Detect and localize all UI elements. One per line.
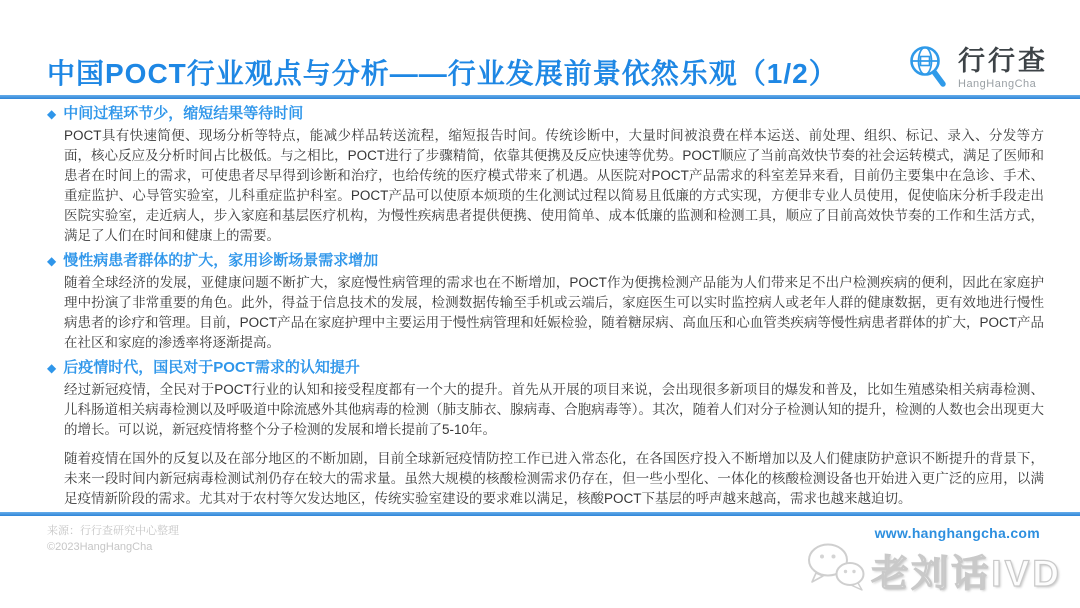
page-title: 中国POCT行业观点与分析——行业发展前景依然乐观（1/2） [47,42,838,92]
content: ◆ 中间过程环节少，缩短结果等待时间 POCT具有快速简便、现场分析等特点，能减… [47,100,1044,509]
header-divider [0,95,1080,99]
diamond-bullet-icon: ◆ [47,362,56,374]
website-link[interactable]: www.hanghangcha.com [875,525,1040,541]
slide: 中国POCT行业观点与分析——行业发展前景依然乐观（1/2） 行行查 HangH… [0,0,1080,608]
section-heading: ◆ 中间过程环节少，缩短结果等待时间 [47,106,1044,122]
diamond-bullet-icon: ◆ [47,255,56,267]
footer-divider [0,512,1080,516]
section-paragraph: 随着疫情在国外的反复以及在部分地区的不断加剧，目前全球新冠疫情防控工作已进入常态… [64,449,1044,509]
watermark-text: 老刘话IVD [871,543,1062,597]
magnifier-globe-icon [905,42,953,95]
footer-source-block: 来源：行行查研究中心整理 ©2023HangHangCha [47,523,179,555]
section-paragraph: POCT具有快速简便、现场分析等特点，能减少样品转送流程，缩短报告时间。传统诊断… [64,126,1044,246]
section-process: ◆ 中间过程环节少，缩短结果等待时间 POCT具有快速简便、现场分析等特点，能减… [47,106,1044,246]
logo-subtitle: HangHangCha [958,78,1048,90]
hanghangcha-logo: 行行查 HangHangCha [905,42,1048,95]
source-text: 来源：行行查研究中心整理 [47,523,179,539]
section-heading-text: 后疫情时代，国民对于POCT需求的认知提升 [63,360,360,376]
section-post-pandemic: ◆ 后疫情时代，国民对于POCT需求的认知提升 经过新冠疫情，全民对于POCT行… [47,360,1044,509]
section-heading-text: 中间过程环节少，缩短结果等待时间 [63,106,303,122]
section-paragraph: 随着全球经济的发展，亚健康问题不断扩大，家庭慢性病管理的需求也在不断增加，POC… [64,273,1044,353]
diamond-bullet-icon: ◆ [47,108,56,120]
section-heading: ◆ 后疫情时代，国民对于POCT需求的认知提升 [47,360,1044,376]
watermark: 老刘话IVD [805,540,1062,599]
logo-text: 行行查 HangHangCha [958,48,1048,90]
section-paragraph: 经过新冠疫情，全民对于POCT行业的认知和接受程度都有一个大的提升。首先从开展的… [64,380,1044,440]
section-heading-text: 慢性病患者群体的扩大，家用诊断场景需求增加 [63,253,378,269]
section-heading: ◆ 慢性病患者群体的扩大，家用诊断场景需求增加 [47,253,1044,269]
copyright-text: ©2023HangHangCha [47,539,179,555]
section-home-diagnosis: ◆ 慢性病患者群体的扩大，家用诊断场景需求增加 随着全球经济的发展，亚健康问题不… [47,253,1044,353]
header: 中国POCT行业观点与分析——行业发展前景依然乐观（1/2） 行行查 HangH… [47,42,1048,95]
logo-name: 行行查 [958,48,1048,75]
wechat-bubbles-icon [805,540,869,599]
